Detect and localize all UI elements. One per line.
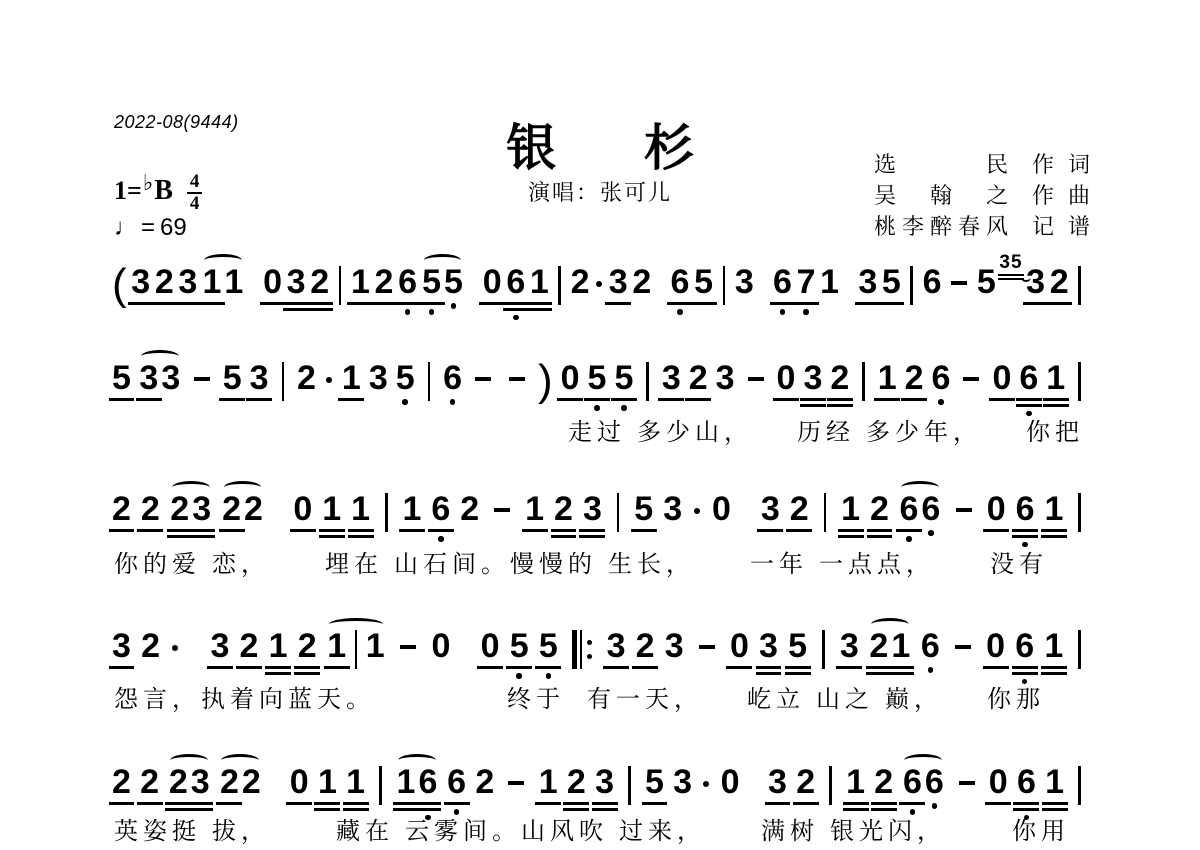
duration-underline — [535, 666, 561, 669]
note: 0 — [986, 630, 1005, 669]
note-number: 2 — [112, 493, 131, 526]
duration-underline — [557, 398, 583, 401]
note: 2 — [689, 362, 708, 401]
note: 2 — [141, 493, 160, 532]
note-number: 6 — [903, 766, 922, 799]
barline — [1078, 362, 1081, 401]
duration-underline — [219, 398, 245, 401]
note: 3 — [583, 493, 602, 538]
duration-underline — [827, 404, 853, 407]
duration-underline — [219, 529, 245, 532]
duration-underline — [899, 802, 925, 805]
note: 6 — [1015, 630, 1034, 684]
note: 0 — [483, 266, 502, 305]
note-number: 5 — [788, 630, 807, 663]
duration-underline — [526, 302, 552, 305]
duration-underline — [592, 802, 618, 805]
lyric-line-3: 怨言，执着向蓝天。 终于 有一天， 屹立 山之 巅， 你那 — [114, 679, 1045, 714]
duration-dash — [508, 781, 524, 785]
duration-underline — [867, 535, 893, 538]
note-number: 3 — [803, 362, 822, 395]
note-number: 2 — [140, 766, 159, 799]
note: 2 — [632, 266, 651, 299]
meter-denominator: 4 — [190, 194, 200, 213]
note: 0 — [721, 766, 740, 799]
duration-underline — [983, 666, 1009, 669]
note-number: 1 — [530, 266, 549, 299]
note: 3 — [369, 362, 388, 395]
music-line-4: 3232121100553230353216061 — [110, 630, 1088, 684]
duration-underline — [985, 802, 1011, 805]
duration-underline — [1041, 666, 1067, 669]
note: 3 — [662, 362, 681, 401]
music-line-2: 5335321356)055323032126061 — [110, 362, 1088, 416]
duration-underline — [563, 802, 589, 805]
grace-note: 35 — [999, 254, 1022, 280]
duration-underline — [827, 398, 853, 401]
duration-underline — [395, 302, 421, 305]
note-number: 1 — [1044, 630, 1063, 663]
note-number: 2 — [475, 766, 494, 799]
note-number: 7 — [797, 266, 816, 299]
credit-composer: 吴翰之 作曲 — [874, 179, 1090, 210]
low-octave-dot — [803, 309, 809, 315]
note-number: 2 — [141, 630, 160, 663]
note-number: 2 — [1050, 266, 1069, 299]
slur-group: 21 — [867, 630, 913, 675]
augmentation-dot — [694, 508, 700, 514]
note: 1 — [891, 630, 910, 675]
duration-underline — [260, 302, 286, 305]
low-octave-dot — [513, 315, 519, 321]
note: 3 — [761, 493, 780, 532]
note: 5 — [422, 266, 441, 315]
note-number: 2 — [297, 362, 316, 395]
note: 2 — [240, 630, 259, 669]
barline — [1078, 266, 1081, 305]
note-number: 3 — [287, 266, 306, 299]
note-number: 0 — [293, 493, 312, 526]
note: 3 — [716, 362, 735, 395]
lyric-line-1: 走过 多少山， 历经 多少年， 你把 — [568, 412, 1084, 447]
note: 6 — [921, 493, 940, 536]
repeat-thin-bar — [580, 630, 582, 669]
note: 1 — [539, 766, 558, 805]
note-number: 3 — [595, 766, 614, 799]
note: 6 — [443, 362, 462, 405]
duration-underline — [535, 802, 561, 805]
note: 1 — [202, 266, 221, 305]
duration-underline — [1012, 672, 1038, 675]
duration-dash — [963, 377, 979, 381]
note-number: 3 — [607, 630, 626, 663]
duration-underline — [338, 398, 364, 401]
note: 5 — [788, 630, 807, 675]
note: 5 — [588, 362, 607, 411]
note-number: 1 — [346, 766, 365, 799]
duration-underline — [888, 672, 914, 675]
note-number: 5 — [645, 766, 664, 799]
note-number: 2 — [240, 630, 259, 663]
note-number: 5 — [614, 362, 633, 395]
note-number: 1 — [846, 766, 865, 799]
lyricist-name: 选民 — [874, 148, 1008, 179]
note: 6 — [1019, 362, 1038, 416]
note-number: 5 — [422, 266, 441, 299]
begin-repeat-sign — [572, 630, 593, 669]
note: 3 — [673, 766, 692, 799]
barline — [617, 493, 620, 532]
note: 3 — [803, 362, 822, 407]
low-octave-dot — [780, 309, 786, 315]
note-number: 1 — [891, 630, 910, 663]
repeat-dot — [587, 654, 592, 659]
slur-group: 66 — [900, 766, 946, 815]
barline — [646, 362, 649, 401]
note-number: 3 — [662, 362, 681, 395]
augmentation-dot — [596, 281, 602, 287]
note: 3 — [759, 630, 778, 675]
low-octave-dot — [450, 399, 456, 405]
note: 1 — [1046, 362, 1065, 407]
duration-underline — [479, 302, 505, 305]
lyricist-role: 作词 — [1032, 148, 1090, 179]
note: 3 — [663, 493, 682, 526]
note: 1 — [1045, 766, 1064, 811]
note-number: 2 — [375, 266, 394, 299]
tempo-marking: ♩ = 69 — [114, 214, 187, 242]
note-number: 6 — [1015, 630, 1034, 663]
note-number: 3 — [735, 266, 754, 299]
duration-underline — [685, 398, 711, 401]
note-number: 2 — [298, 630, 317, 663]
note: 2 — [141, 630, 160, 663]
note: 3 — [768, 766, 787, 805]
note-number: 2 — [905, 362, 924, 395]
note-number: 3 — [192, 493, 211, 526]
note-number: 2 — [870, 493, 889, 526]
duration-underline — [307, 302, 333, 305]
low-octave-dot — [621, 405, 627, 411]
duration-underline — [109, 666, 135, 669]
note-number: 0 — [992, 362, 1011, 395]
duration-underline — [371, 302, 397, 305]
note: 6 — [671, 266, 690, 315]
duration-underline — [136, 398, 162, 401]
note: 0 — [290, 766, 309, 805]
duration-underline — [800, 398, 826, 401]
note: 5 — [977, 266, 996, 299]
note: 6 — [921, 630, 940, 673]
note-number: 2 — [460, 493, 479, 526]
note-number: 6 — [923, 266, 942, 299]
flat-icon: ♭ — [143, 172, 153, 194]
note-number: 1 — [1045, 766, 1064, 799]
duration-underline — [1043, 404, 1069, 407]
note-number: 6 — [1017, 766, 1036, 799]
transcriber-role: 记谱 — [1032, 210, 1090, 241]
note-number: 3 — [858, 266, 877, 299]
duration-underline — [691, 302, 717, 305]
note: 6 — [506, 266, 525, 320]
duration-underline — [294, 672, 320, 675]
slur-group: 55 — [420, 266, 466, 315]
duration-underline — [793, 302, 819, 305]
note-number: 1 — [525, 493, 544, 526]
note-number: 2 — [554, 493, 573, 526]
note: 2 — [140, 766, 159, 805]
repeat-dots — [587, 630, 592, 669]
barline — [723, 266, 726, 305]
meter-numerator: 4 — [187, 173, 203, 194]
note-number: 3 — [1026, 266, 1045, 299]
barline — [379, 766, 382, 805]
note-number: 3 — [210, 630, 229, 663]
note: 2 — [375, 266, 394, 305]
note-number: 2 — [571, 266, 590, 299]
augmentation-dot — [703, 781, 709, 787]
duration-underline — [579, 529, 605, 532]
duration-underline — [246, 398, 272, 401]
low-octave-dot — [429, 309, 435, 315]
note: 1 — [397, 766, 416, 811]
augmentation-dot — [172, 645, 178, 651]
duration-underline — [785, 666, 811, 669]
note-number: 6 — [921, 493, 940, 526]
note-number: 0 — [290, 766, 309, 799]
duration-underline — [800, 404, 826, 407]
low-octave-dot — [594, 405, 600, 411]
note-number: 6 — [431, 493, 450, 526]
note-number: 3 — [663, 493, 682, 526]
barline — [822, 630, 825, 669]
credit-transcriber: 桃李醉春风 记谱 — [874, 210, 1090, 241]
note: 5 — [882, 266, 901, 305]
note: 2 — [222, 493, 241, 532]
duration-underline — [444, 802, 470, 805]
intro-paren: ( — [112, 266, 127, 303]
note-number: 3 — [131, 266, 150, 299]
duration-underline — [603, 666, 629, 669]
note: 1 — [322, 493, 341, 538]
note-number: 2 — [310, 266, 329, 299]
note-number: 5 — [539, 630, 558, 663]
note-number: 6 — [443, 362, 462, 395]
repeat-dot — [587, 640, 592, 645]
duration-underline — [399, 529, 425, 532]
note-number: 3 — [139, 362, 158, 395]
duration-underline — [896, 529, 922, 532]
note: 2 — [460, 493, 479, 526]
note: 2 — [905, 362, 924, 401]
note-number: 1 — [202, 266, 221, 299]
note: 2 — [242, 766, 261, 799]
barline — [1078, 493, 1081, 532]
duration-dash — [400, 645, 416, 649]
duration-underline — [319, 535, 345, 538]
note-number: 2 — [636, 630, 655, 663]
note: 2 — [298, 630, 317, 675]
duration-underline — [109, 529, 135, 532]
duration-underline — [611, 398, 637, 401]
note-number: 2 — [170, 493, 189, 526]
duration-underline — [843, 802, 869, 805]
duration-underline — [1042, 802, 1068, 805]
duration-dash — [955, 645, 971, 649]
low-octave-dot — [928, 530, 934, 536]
note-number: 2 — [632, 266, 651, 299]
duration-underline — [1012, 535, 1038, 538]
duration-underline — [526, 308, 552, 311]
tempo-equals: = — [141, 214, 155, 242]
note-number: 5 — [396, 362, 415, 395]
duration-underline — [236, 666, 262, 669]
note: 3 — [192, 493, 211, 538]
note-number: 5 — [444, 266, 463, 299]
note-number: 6 — [932, 362, 951, 395]
credit-lyricist: 选民 作词 — [874, 148, 1090, 179]
duration-underline — [286, 802, 312, 805]
barline — [428, 362, 431, 401]
low-octave-dot — [677, 309, 683, 315]
note: 3 — [735, 266, 754, 299]
barline — [628, 766, 631, 805]
duration-underline — [290, 529, 316, 532]
note: 5 — [645, 766, 664, 805]
note: 2 — [554, 493, 573, 538]
grace-underline — [998, 274, 1023, 276]
note-number: 1 — [1046, 362, 1065, 395]
note-number: 0 — [431, 630, 450, 663]
note: 1 — [269, 630, 288, 675]
note: 6 — [1016, 493, 1035, 547]
duration-underline — [770, 302, 796, 305]
note: 0 — [730, 630, 749, 669]
note: 1 — [1045, 493, 1064, 538]
barline — [558, 266, 561, 305]
note-number: 6 — [925, 766, 944, 799]
note: 3 — [161, 362, 180, 395]
duration-underline — [428, 529, 454, 532]
note: 2 — [475, 766, 494, 799]
note: 2 — [220, 766, 239, 805]
note: 6 — [932, 362, 951, 405]
low-octave-dot — [928, 667, 934, 673]
duration-dash — [748, 377, 764, 381]
duration-underline — [324, 666, 350, 669]
duration-underline — [283, 302, 309, 305]
duration-underline — [503, 308, 529, 311]
note-number: 2 — [869, 630, 888, 663]
note-number: 3 — [250, 362, 269, 395]
key-prefix: 1= — [114, 176, 142, 206]
duration-underline — [1043, 398, 1069, 401]
note: 2 — [567, 766, 586, 811]
duration-underline — [765, 802, 791, 805]
note: 6 — [431, 493, 450, 542]
note-number: 2 — [169, 766, 188, 799]
note: 2 — [155, 266, 174, 305]
duration-dash — [699, 645, 715, 649]
note: 1 — [841, 493, 860, 538]
note: 0 — [987, 493, 1006, 532]
note-number: 6 — [899, 493, 918, 526]
note: 3 — [287, 266, 306, 311]
note: 3 — [1026, 266, 1045, 305]
note-number: 1 — [820, 266, 839, 299]
note-number: 3 — [583, 493, 602, 526]
duration-underline — [189, 529, 215, 532]
note-number: 3 — [178, 266, 197, 299]
duration-underline — [506, 666, 532, 669]
music-line-3: 222322011162123530321266061 — [110, 493, 1088, 547]
transcriber-name: 桃李醉春风 — [874, 210, 1008, 241]
note-number: 3 — [840, 630, 859, 663]
note: 6 — [773, 266, 792, 315]
duration-underline — [522, 529, 548, 532]
slur-group: 33 — [137, 362, 183, 401]
duration-underline — [579, 535, 605, 538]
duration-underline — [1012, 666, 1038, 669]
duration-underline — [294, 666, 320, 669]
note-number: 5 — [510, 630, 529, 663]
note-number: 5 — [882, 266, 901, 299]
augmentation-dot — [326, 377, 332, 383]
low-octave-dot — [932, 803, 938, 809]
note-number: 2 — [796, 766, 815, 799]
duration-underline — [855, 302, 881, 305]
note: 3 — [858, 266, 877, 305]
duration-underline — [1041, 672, 1067, 675]
note-number: 1 — [539, 766, 558, 799]
duration-underline — [1013, 802, 1039, 805]
note-number: 0 — [987, 493, 1006, 526]
note-number: 2 — [112, 766, 131, 799]
low-octave-dot — [402, 399, 408, 405]
note: 1 — [846, 766, 865, 811]
lyric-line-2: 你的爱 恋， 埋在 山石间。慢慢的 生长， 一年 一点点， 没有 — [114, 544, 1048, 579]
note-number: 1 — [342, 362, 361, 395]
duration-underline — [757, 529, 783, 532]
duration-underline — [1041, 535, 1067, 538]
note-number: 6 — [506, 266, 525, 299]
note-number: 0 — [483, 266, 502, 299]
note: 5 — [539, 630, 558, 679]
note-number: 6 — [1019, 362, 1038, 395]
note-number: 3 — [665, 630, 684, 663]
tempo-bpm: 69 — [160, 214, 187, 242]
barline — [829, 766, 832, 805]
slur-group: 22 — [217, 766, 263, 805]
duration-underline — [283, 308, 309, 311]
note: 1 — [525, 493, 544, 532]
note-number: 5 — [112, 362, 131, 395]
note: 2 — [297, 362, 316, 395]
note-number: 2 — [220, 766, 239, 799]
note: 2 — [244, 493, 263, 526]
note: 1 — [327, 630, 346, 669]
note-number: 3 — [112, 630, 131, 663]
note-number: 0 — [263, 266, 282, 299]
grace-note-numbers: 35 — [999, 254, 1022, 272]
note-number: 1 — [366, 630, 385, 663]
duration-dash — [956, 508, 972, 512]
note-number: 6 — [921, 630, 940, 663]
note-number: 6 — [447, 766, 466, 799]
low-octave-dot — [938, 399, 944, 405]
duration-underline — [726, 666, 752, 669]
note-number: 0 — [721, 766, 740, 799]
